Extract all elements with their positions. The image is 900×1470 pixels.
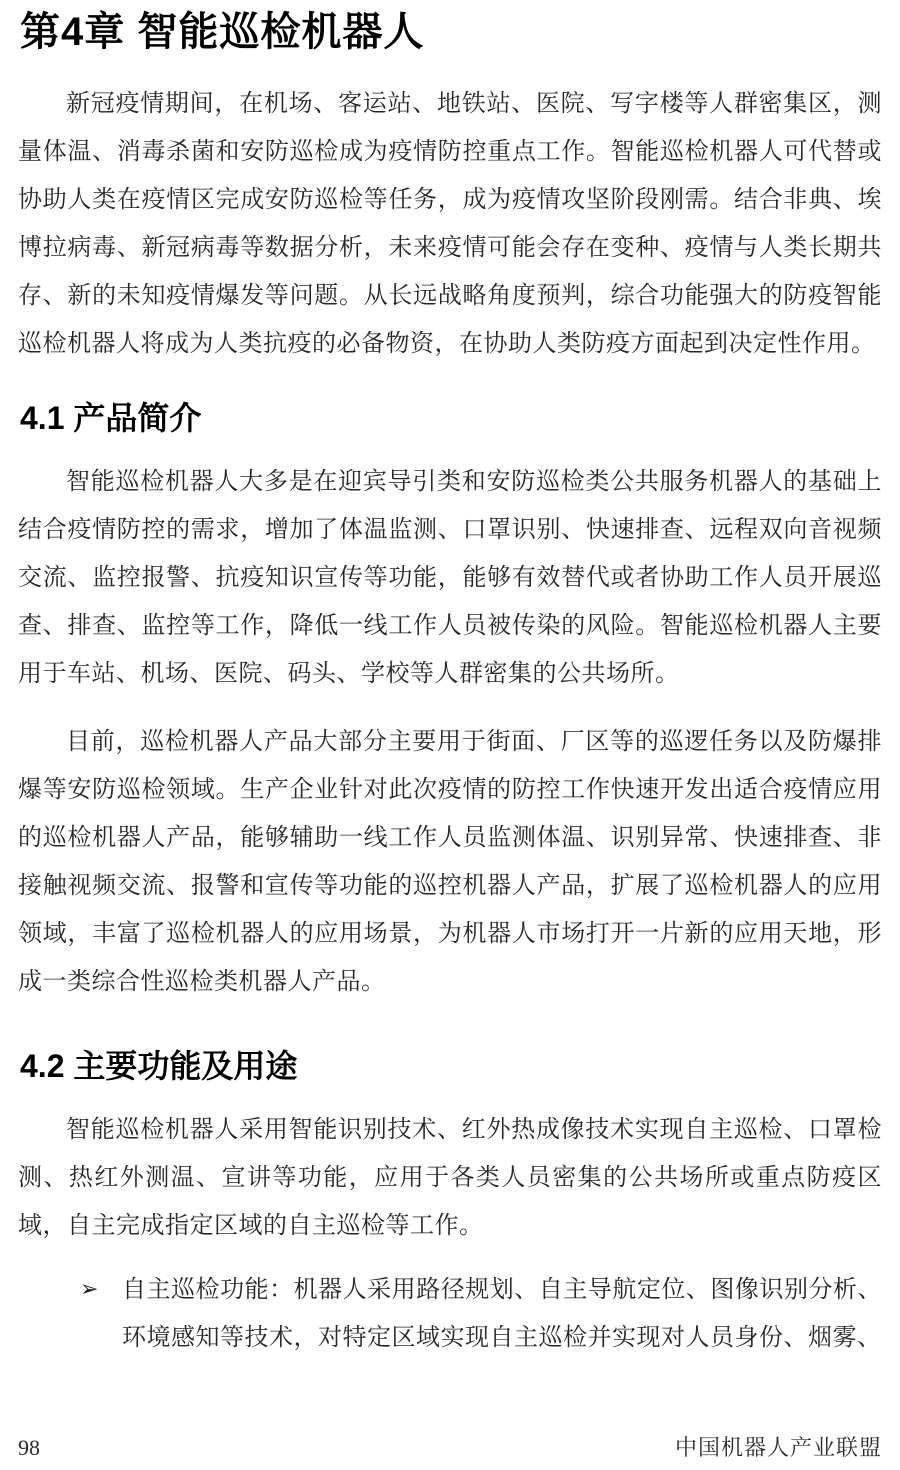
section-4-1-paragraph-2: 目前，巡检机器人产品大部分主要用于街面、厂区等的巡逻任务以及防爆排爆等安防巡检领… xyxy=(18,718,882,1006)
document-page: 第4章 智能巡检机器人 新冠疫情期间，在机场、客运站、地铁站、医院、写字楼等人群… xyxy=(0,0,900,1470)
section-4-2-paragraph-1: 智能巡检机器人采用智能识别技术、红外热成像技术实现自主巡检、口罩检测、热红外测温… xyxy=(18,1106,882,1250)
bullet-item-text: 自主巡检功能：机器人采用路径规划、自主导航定位、图像识别分析、环境感知等技术，对… xyxy=(122,1266,882,1362)
bullet-arrow-icon: ➢ xyxy=(80,1266,122,1314)
section-4-1-heading: 4.1 产品简介 xyxy=(20,396,882,440)
section-4-2-heading: 4.2 主要功能及用途 xyxy=(20,1044,882,1088)
bullet-list-item: ➢ 自主巡检功能：机器人采用路径规划、自主导航定位、图像识别分析、环境感知等技术… xyxy=(18,1266,882,1362)
chapter-title: 第4章 智能巡检机器人 xyxy=(20,6,882,58)
page-footer: 98 中国机器人产业联盟 xyxy=(18,1434,882,1462)
chapter-intro-paragraph: 新冠疫情期间，在机场、客运站、地铁站、医院、写字楼等人群密集区，测量体温、消毒杀… xyxy=(18,80,882,368)
footer-organization-name: 中国机器人产业联盟 xyxy=(675,1434,882,1462)
section-4-1-paragraph-1: 智能巡检机器人大多是在迎宾导引类和安防巡检类公共服务机器人的基础上结合疫情防控的… xyxy=(18,458,882,698)
footer-page-number: 98 xyxy=(18,1434,40,1462)
